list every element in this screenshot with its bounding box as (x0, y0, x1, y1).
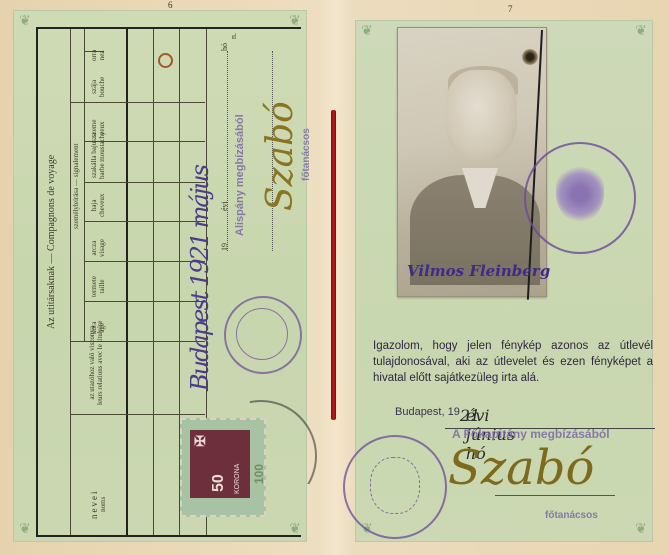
column-face: arczavisage (90, 239, 106, 257)
title-stamp-right: főtanácsos (545, 510, 598, 521)
police-seal-stamp (524, 142, 636, 254)
place-date-line: Budapest, 1921 évi június hó (395, 406, 460, 418)
punch-hole-mark (158, 53, 173, 68)
date-month-suffix: hó (220, 43, 229, 51)
ornament-corner-icon: ❦ (632, 23, 650, 41)
page-number-right: 7 (508, 4, 513, 14)
column-age: koraâge (90, 322, 106, 334)
coat-of-arms-icon (370, 457, 420, 514)
certification-text: Igazolom, hogy jelen fénykép azonos az ú… (373, 338, 653, 386)
commission-stamp-right: A Főkapitány megbízásából (452, 427, 610, 441)
commission-stamp: Alispány megbízásából (234, 114, 246, 236)
date-prefix: 19 (220, 243, 229, 251)
official-signature-right: Szabó (448, 440, 594, 496)
double-cross-icon: ✠ (194, 434, 206, 451)
column-hair: hajacheveux (90, 194, 106, 217)
handwritten-date: Budapest 1921 május (186, 166, 214, 391)
date-year-suffix: évi (220, 201, 229, 211)
round-office-stamp (224, 296, 302, 374)
revenue-stamp-value: 50 (210, 474, 228, 492)
column-eyes: szemeyeux (90, 120, 106, 138)
ornament-corner-icon: ❦ (632, 521, 650, 539)
ornament-corner-icon: ❦ (16, 521, 34, 539)
ornament-corner-icon: ❦ (358, 23, 376, 41)
eyelet-icon (522, 49, 538, 65)
signalement-header: személyleírása — signalement (72, 143, 80, 229)
column-names: neveinoms (90, 490, 107, 520)
ornament-corner-icon: ❦ (16, 13, 34, 31)
column-height: termetetaille (90, 276, 106, 297)
revenue-stamp-currency: KORONA (234, 464, 241, 494)
police-bottom-stamp (343, 435, 447, 539)
photo-face (445, 70, 517, 162)
page-number-left: 6 (168, 0, 173, 10)
column-mouth: szájabouche (90, 77, 106, 97)
official-signature: Szabó (260, 101, 301, 211)
title-stamp: főtanácsos (301, 128, 312, 181)
date-day-suffix: n. (229, 33, 238, 39)
column-nose: orranez (90, 50, 106, 61)
binding-thread (331, 110, 336, 420)
photo-signature: Vilmos Fleinberg (407, 262, 550, 280)
column-beard: szakálla bajuszabarbe moustache (90, 132, 106, 179)
coat-of-arms-icon (556, 166, 604, 222)
passport-spread: 6 7 ❦ ❦ ❦ ❦ Az utitá (0, 0, 669, 555)
table-title: Az utitársaknak — Compagnons de voyage (46, 155, 57, 329)
